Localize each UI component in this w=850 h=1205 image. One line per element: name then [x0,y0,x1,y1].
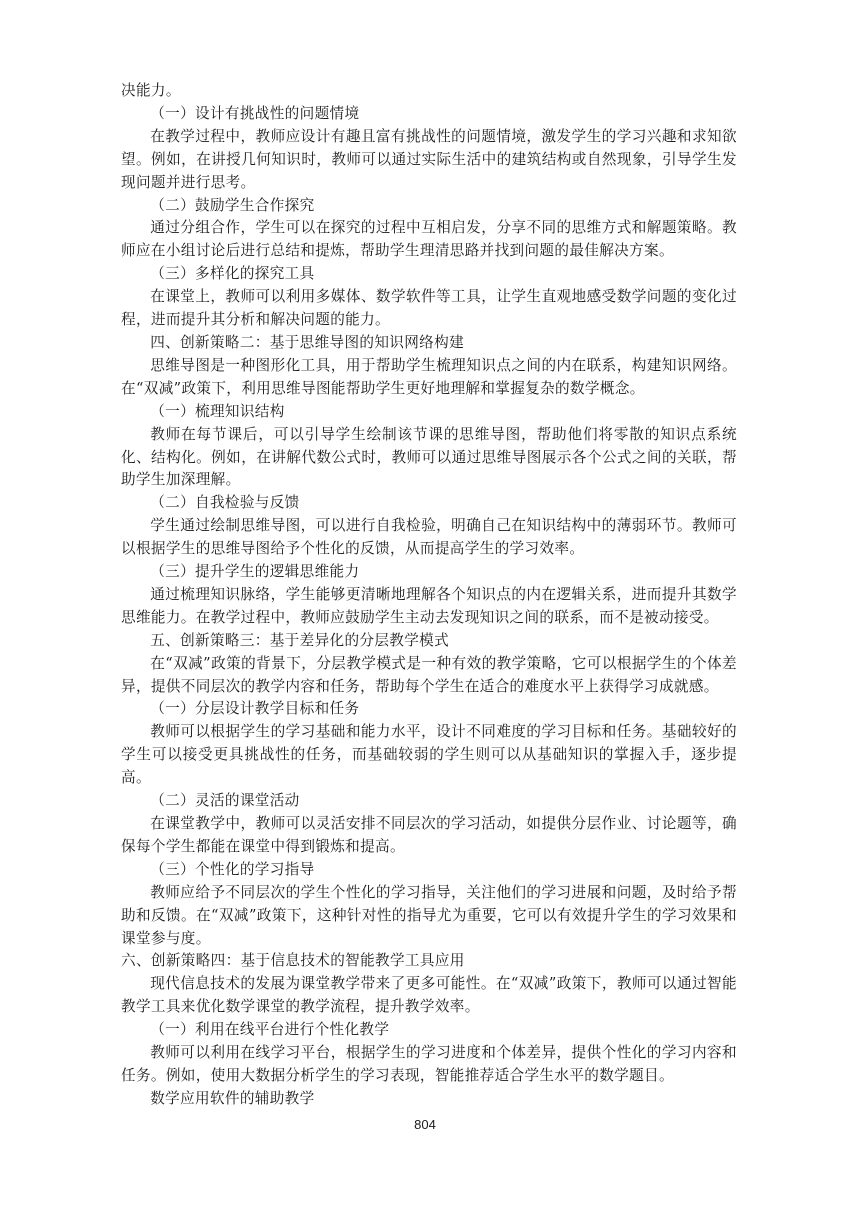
subsection-heading: （一）利用在线平台进行个性化教学 [121,1019,737,1042]
subsection-heading: （三）多样化的探究工具 [121,263,737,286]
paragraph: 教师应给予不同层次的学生个性化的学习指导，关注他们的学习进展和问题，及时给予帮助… [121,882,737,951]
subsection-heading: （三）个性化的学习指导 [121,859,737,882]
page-number: 804 [0,1117,850,1132]
paragraph: 现代信息技术的发展为课堂教学带来了更多可能性。在“双减”政策下，教师可以通过智能… [121,973,737,1019]
section-heading: 六、创新策略四：基于信息技术的智能教学工具应用 [121,950,737,973]
paragraph: 教师可以根据学生的学习基础和能力水平，设计不同难度的学习目标和任务。基础较好的学… [121,721,737,790]
paragraph: 在课堂教学中，教师可以灵活安排不同层次的学习活动，如提供分层作业、讨论题等，确保… [121,813,737,859]
paragraph: 在“双减”政策的背景下，分层教学模式是一种有效的教学策略，它可以根据学生的个体差… [121,653,737,699]
subsection-heading: （二）灵活的课堂活动 [121,790,737,813]
paragraph: 通过梳理知识脉络，学生能够更清晰地理解各个知识点的内在逻辑关系，进而提升其数学思… [121,584,737,630]
paragraph-continuation: 决能力。 [121,80,737,103]
paragraph: 教师可以利用在线学习平台，根据学生的学习进度和个体差异，提供个性化的学习内容和任… [121,1042,737,1088]
subsection-heading: （一）设计有挑战性的问题情境 [121,103,737,126]
paragraph: 学生通过绘制思维导图，可以进行自我检验，明确自己在知识结构中的薄弱环节。教师可以… [121,515,737,561]
paragraph: 教师在每节课后，可以引导学生绘制该节课的思维导图，帮助他们将零散的知识点系统化、… [121,424,737,493]
subsection-heading: （三）提升学生的逻辑思维能力 [121,561,737,584]
paragraph: 在教学过程中，教师应设计有趣且富有挑战性的问题情境，激发学生的学习兴趣和求知欲望… [121,126,737,195]
section-heading: 五、创新策略三：基于差异化的分层教学模式 [121,630,737,653]
paragraph: 在课堂上，教师可以利用多媒体、数学软件等工具，让学生直观地感受数学问题的变化过程… [121,286,737,332]
paragraph: 通过分组合作，学生可以在探究的过程中互相启发，分享不同的思维方式和解题策略。教师… [121,217,737,263]
subsection-heading: 数学应用软件的辅助教学 [121,1088,737,1111]
document-page: 决能力。 （一）设计有挑战性的问题情境 在教学过程中，教师应设计有趣且富有挑战性… [121,80,737,1111]
subsection-heading: （一）分层设计教学目标和任务 [121,698,737,721]
subsection-heading: （二）鼓励学生合作探究 [121,195,737,218]
section-heading: 四、创新策略二：基于思维导图的知识网络构建 [121,332,737,355]
paragraph: 思维导图是一种图形化工具，用于帮助学生梳理知识点之间的内在联系，构建知识网络。在… [121,355,737,401]
subsection-heading: （一）梳理知识结构 [121,401,737,424]
subsection-heading: （二）自我检验与反馈 [121,492,737,515]
